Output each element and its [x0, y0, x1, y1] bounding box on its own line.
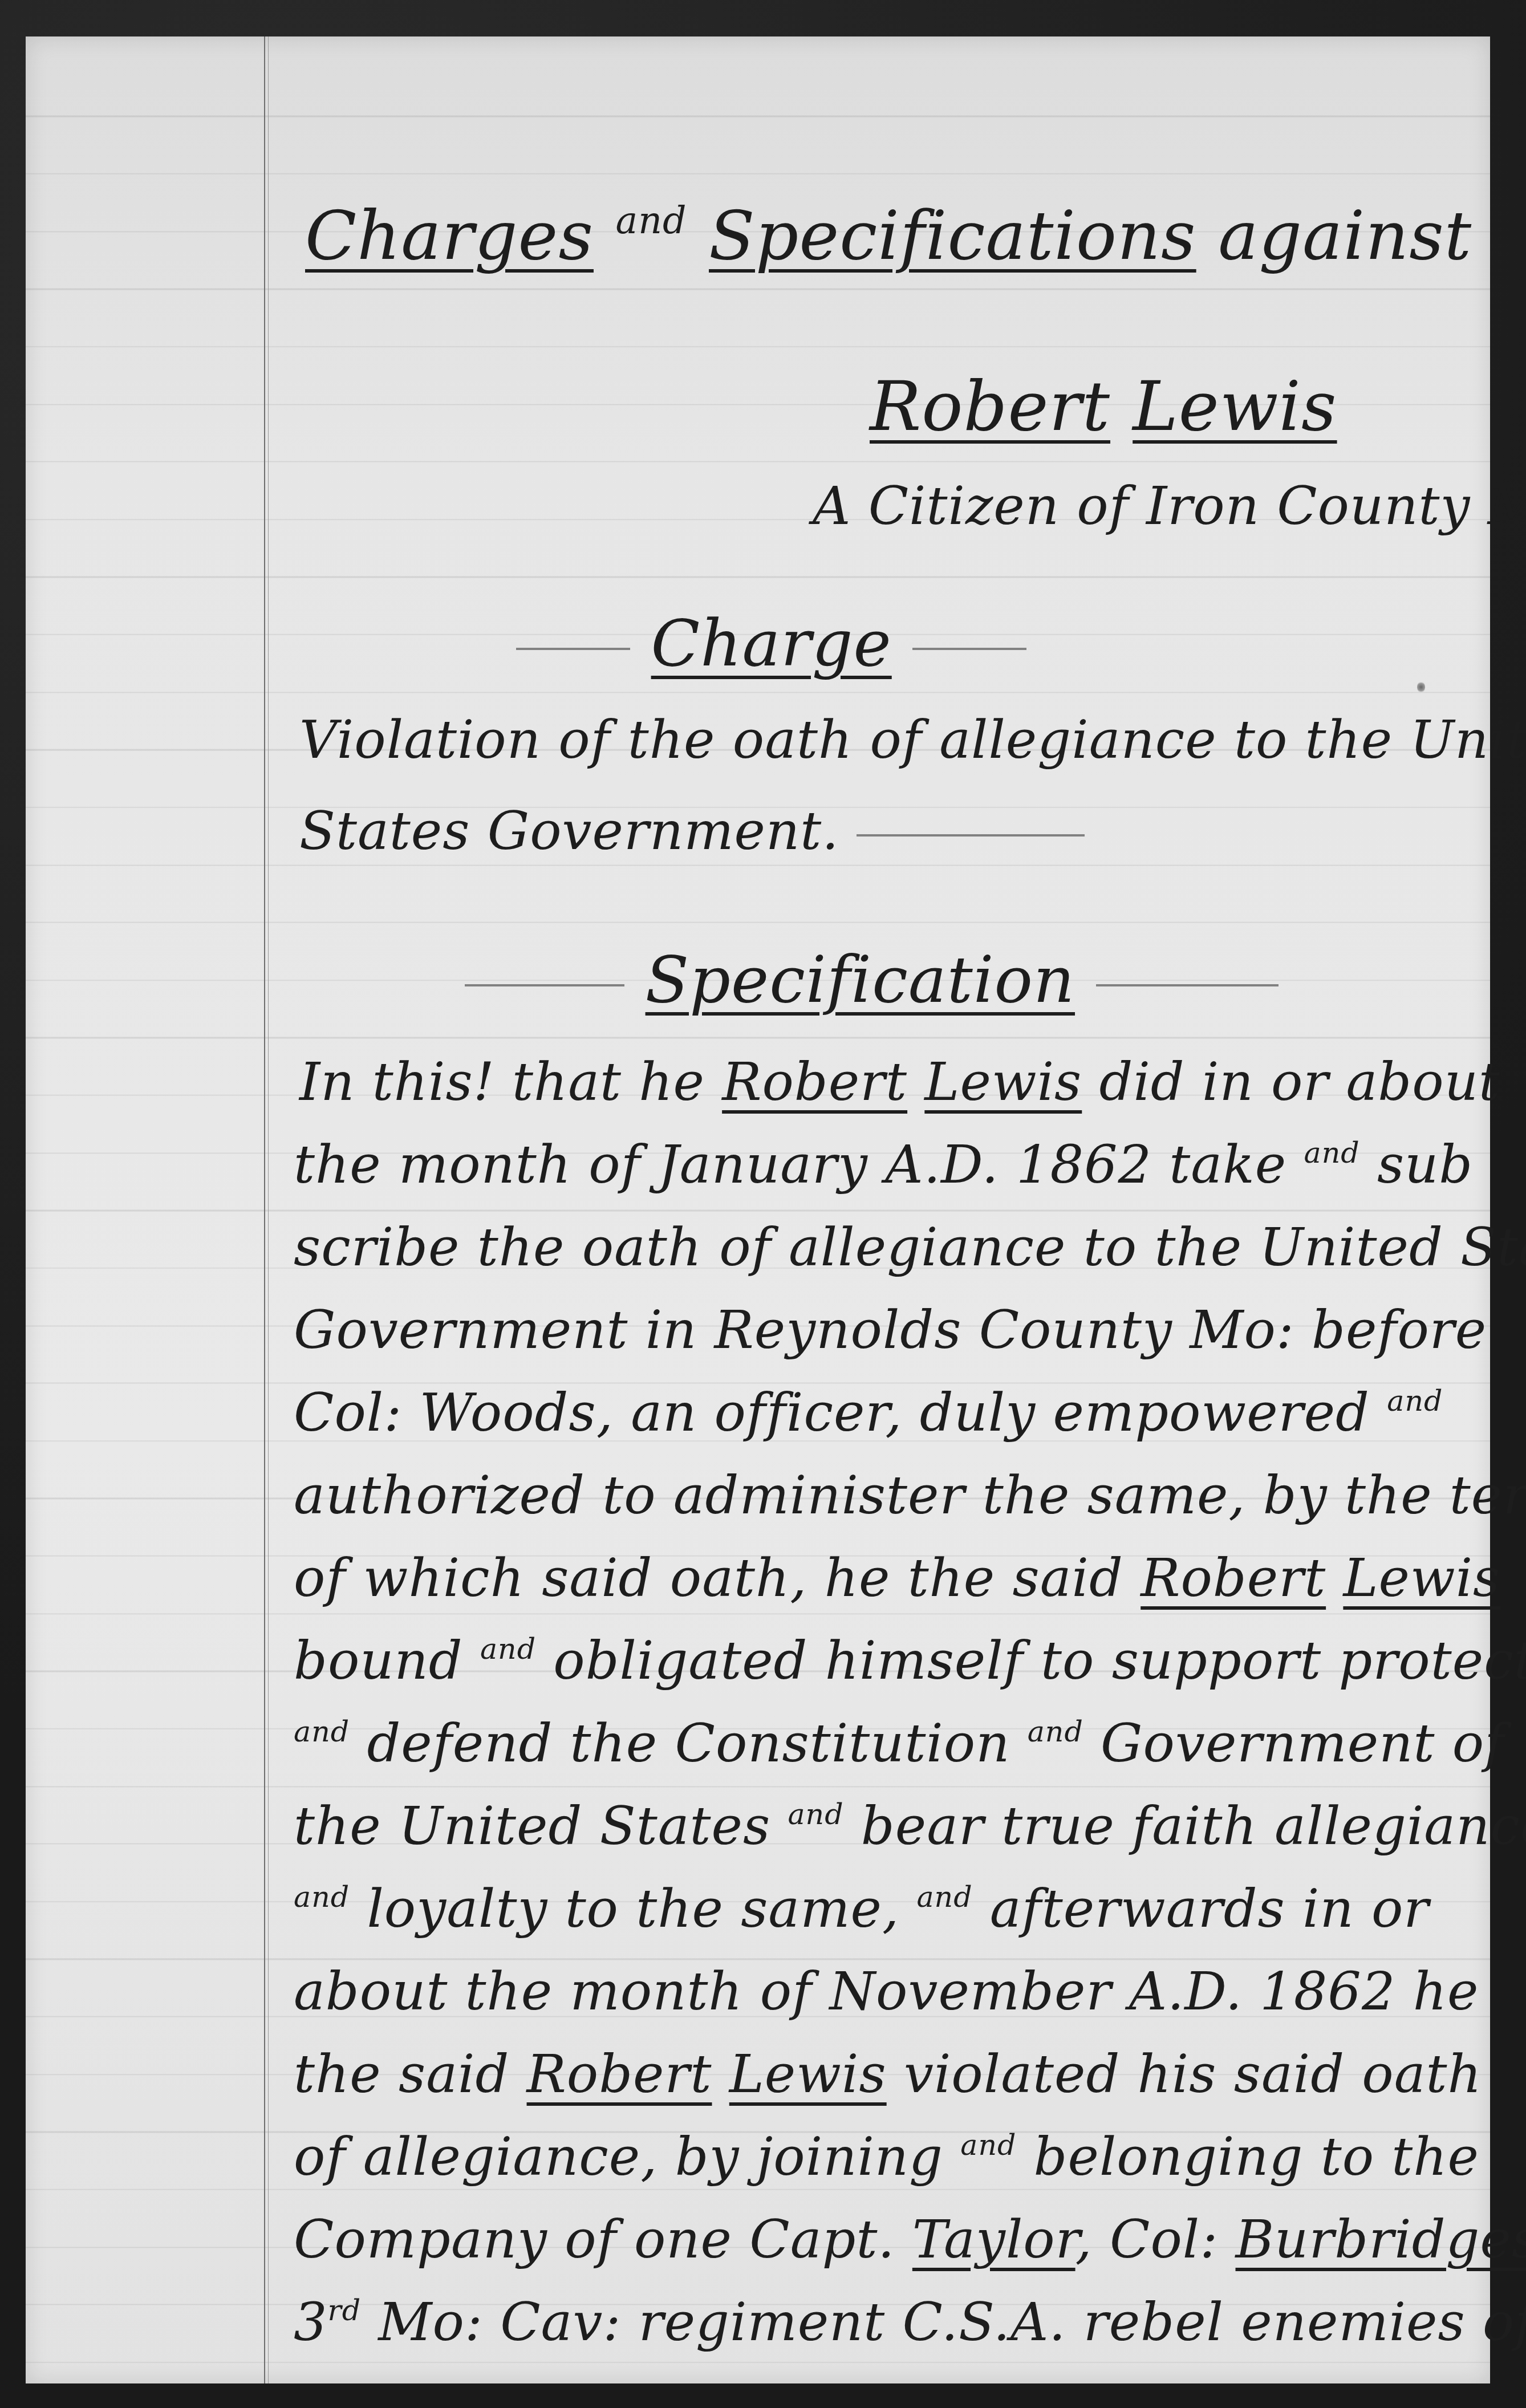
decorative-dash	[1096, 984, 1279, 986]
spec-text: belonging to the	[1016, 2126, 1479, 2187]
title-against: against	[1218, 196, 1472, 275]
spec-text: sub	[1360, 1134, 1474, 1195]
spec-name-lewis: Lewis	[924, 1051, 1082, 1112]
spec-text: the month of January A.D. 1862 take	[294, 1134, 1304, 1195]
spec-and: and	[788, 1797, 843, 1831]
spec-line-12: about the month of November A.D. 1862 he	[294, 1961, 1479, 2022]
spec-line-7: of which said oath, he the said Robert L…	[294, 1548, 1500, 1609]
spec-text: the said	[294, 2044, 527, 2105]
spec-text: of allegiance, by joining	[294, 2126, 960, 2187]
document-title: Charges and Specifications against	[305, 196, 1472, 275]
ink-spot	[1417, 681, 1425, 693]
charge-line-2: States Government.	[299, 801, 1085, 862]
spec-name-lewis: Lewis	[729, 2044, 887, 2105]
spec-and: and	[1304, 1136, 1360, 1170]
spec-line-1: In this! that he Robert Lewis did in or …	[299, 1051, 1500, 1112]
spec-name-robert: Robert	[527, 2044, 712, 2105]
spec-line-2: the month of January A.D. 1862 take and …	[294, 1134, 1473, 1195]
spec-and: and	[916, 1880, 972, 1914]
spec-line-10: the United States and bear true faith al…	[294, 1796, 1526, 1857]
spec-text: Government of	[1083, 1713, 1504, 1774]
spec-text: In this! that he	[299, 1051, 722, 1112]
spec-text: did in or about	[1082, 1051, 1500, 1112]
spec-name-burbridge: Burbridges	[1236, 2209, 1526, 2270]
spec-line-5: Col: Woods, an officer, duly empowered a…	[294, 1382, 1443, 1443]
spec-line-4: Government in Reynolds County Mo: before	[294, 1300, 1487, 1361]
spec-text: Company of one Capt.	[294, 2209, 912, 2270]
decorative-dash	[465, 984, 624, 986]
spec-line-6: authorized to administer the same, by th…	[294, 1465, 1526, 1526]
spec-text: defend the Constitution	[350, 1713, 1028, 1774]
decorative-dash	[857, 834, 1085, 836]
spec-line-3: scribe the oath of allegiance to the Uni…	[294, 1217, 1526, 1278]
charge-line-2-text: States Government.	[299, 801, 839, 862]
spec-text: afterwards in or	[973, 1878, 1430, 1939]
spec-name-robert: Robert	[1141, 1548, 1326, 1609]
spec-line-13: the said Robert Lewis violated his said …	[294, 2044, 1482, 2105]
charge-heading: Charge	[651, 607, 892, 681]
title-and: and	[615, 200, 687, 242]
spec-text: violated his said oath	[887, 2044, 1482, 2105]
spec-and: and	[480, 1632, 536, 1666]
spec-text: bound	[294, 1630, 480, 1691]
spec-and: and	[294, 1880, 350, 1914]
spec-text	[907, 1051, 924, 1112]
spec-name-lewis: Lewis	[1343, 1548, 1500, 1609]
spec-text: of which said oath, he the said	[294, 1548, 1141, 1609]
spec-text: Mo: Cav: regiment C.S.A. rebel enemies o…	[361, 2292, 1526, 2353]
charge-heading-row: Charge	[516, 607, 1026, 681]
spec-line-11: and loyalty to the same, and afterwards …	[294, 1878, 1429, 1939]
spec-text: loyalty to the same,	[350, 1878, 916, 1939]
spec-line-8: bound and obligated himself to support p…	[294, 1630, 1526, 1691]
spec-text	[1326, 1548, 1343, 1609]
accused-description: A Citizen of Iron County Mo:	[813, 476, 1526, 537]
spec-line-15: Company of one Capt. Taylor, Col: Burbri…	[294, 2209, 1526, 2270]
title-specifications: Specifications	[709, 196, 1196, 275]
spec-name-taylor: Taylor	[912, 2209, 1075, 2270]
accused-first-name: Robert	[870, 367, 1110, 446]
spec-line-14: of allegiance, by joining and belonging …	[294, 2126, 1479, 2187]
decorative-dash	[912, 648, 1026, 650]
spec-text: Col: Woods, an officer, duly empowered	[294, 1382, 1387, 1443]
spec-and: and	[960, 2128, 1016, 2162]
spec-text: 3	[294, 2292, 328, 2353]
spec-text: the United States	[294, 1796, 788, 1857]
spec-text: bear true faith allegiance	[844, 1796, 1526, 1857]
spec-and: and	[294, 1715, 350, 1748]
spec-text: , Col:	[1075, 2209, 1236, 2270]
spec-and: and	[1028, 1715, 1083, 1748]
margin-line	[264, 36, 269, 2383]
spec-ordinal: rd	[328, 2293, 362, 2327]
title-charges: Charges	[305, 196, 594, 275]
decorative-dash	[516, 648, 630, 650]
ledger-page: Charges and Specifications against Rober…	[26, 36, 1490, 2383]
specification-heading-row: Specification	[465, 943, 1279, 1017]
charge-line-1: Violation of the oath of allegiance to t…	[299, 709, 1526, 770]
accused-name: Robert Lewis	[870, 367, 1337, 446]
spec-name-robert: Robert	[722, 1051, 907, 1112]
spec-text	[712, 2044, 729, 2105]
accused-last-name: Lewis	[1133, 367, 1337, 446]
spec-text: obligated himself to support protect	[536, 1630, 1526, 1691]
specification-heading: Specification	[646, 943, 1075, 1017]
spec-line-16: 3rd Mo: Cav: regiment C.S.A. rebel enemi…	[294, 2292, 1526, 2353]
spec-line-9: and defend the Constitution and Governme…	[294, 1713, 1504, 1774]
spec-and: and	[1387, 1384, 1443, 1418]
